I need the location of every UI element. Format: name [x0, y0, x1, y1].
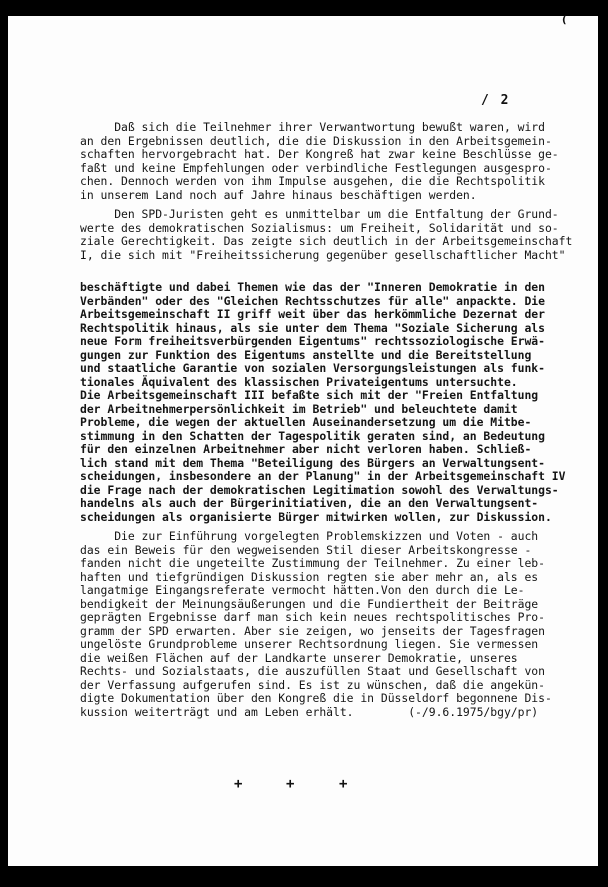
- corner-mark: (: [562, 15, 567, 26]
- text-line: der Verfassung aufgerufen sind. Es ist z…: [80, 679, 560, 693]
- text-line: und staatliche Garantie von sozialen Ver…: [80, 362, 560, 376]
- text-line: I, die sich mit "Freiheitssicherung gege…: [80, 249, 560, 263]
- text-line: langatmige Eingangsreferate vermocht hät…: [80, 584, 560, 598]
- text-line: das ein Beweis für den wegweisenden Stil…: [80, 544, 560, 558]
- text-line: lich stand mit dem Thema "Beteiligung de…: [80, 457, 560, 471]
- text-line: Verbänden" oder des "Gleichen Rechtsschu…: [80, 295, 560, 309]
- text-line: scheidungen, insbesondere an der Planung…: [80, 470, 560, 484]
- text-line: fanden nicht die ungeteilte Zustimmung d…: [80, 557, 560, 571]
- text-line: stimmung in den Schatten der Tagespoliti…: [80, 430, 560, 444]
- text-line: Probleme, die wegen der aktuellen Ausein…: [80, 416, 560, 430]
- text-line: die weißen Flächen auf der Landkarte uns…: [80, 652, 560, 666]
- text-line: bendigkeit der Meinungsäußerungen und di…: [80, 598, 560, 612]
- page-number: / 2: [481, 93, 510, 108]
- text-line: die Frage nach der demokratischen Legiti…: [80, 484, 560, 498]
- text-line: geprägten Ergebnisse darf man sich kein …: [80, 611, 560, 625]
- end-marks: + + +: [0, 776, 608, 792]
- paragraph-3: beschäftigte und dabei Themen wie das de…: [80, 281, 560, 524]
- text-line: schaften hervorgebracht hat. Der Kongreß…: [80, 148, 560, 162]
- text-line: der Arbeitnehmerpersönlichkeit im Betrie…: [80, 403, 560, 417]
- end-mark: +: [339, 776, 347, 792]
- text-line: faßt und keine Empfehlungen oder verbind…: [80, 162, 560, 176]
- text-line: für den einzelnen Arbeitnehmer aber nich…: [80, 443, 560, 457]
- text-line: werte des demokratischen Sozialismus: um…: [80, 222, 560, 236]
- text-line: Rechtspolitik hinaus, als sie unter dem …: [80, 322, 560, 336]
- text-line: Die zur Einführung vorgelegten Problemsk…: [80, 530, 560, 544]
- text-line: an den Ergebnissen deutlich, die die Dis…: [80, 135, 560, 149]
- paragraph-1: Daß sich die Teilnehmer ihrer Verwantwor…: [80, 121, 560, 202]
- text-line: gungen zur Funktion des Eigentums anstel…: [80, 349, 560, 363]
- text-line: Rechts- und Sozialstaats, die auszufülle…: [80, 665, 560, 679]
- text-line: in unserem Land noch auf Jahre hinaus be…: [80, 189, 560, 203]
- text-line: Den SPD-Juristen geht es unmittelbar um …: [80, 208, 560, 222]
- text-line: haften und tiefgründigen Diskussion regt…: [80, 571, 560, 585]
- text-line: Die Arbeitsgemeinschaft III befaßte sich…: [80, 389, 560, 403]
- text-line: Daß sich die Teilnehmer ihrer Verwantwor…: [80, 121, 560, 135]
- text-line: handelns als auch der Bürgerinitiativen,…: [80, 497, 560, 511]
- text-line: neue Form freiheitsverbürgenden Eigentum…: [80, 335, 560, 349]
- text-line: scheidungen als organisierte Bürger mitw…: [80, 511, 560, 525]
- text-line: gramm der SPD erwarten. Aber sie zeigen,…: [80, 625, 560, 639]
- text-line: kussion weiterträgt und am Leben erhält.…: [80, 706, 560, 720]
- text-line: chen. Dennoch werden von ihm Impulse aus…: [80, 175, 560, 189]
- paragraph-4: Die zur Einführung vorgelegten Problemsk…: [80, 530, 560, 719]
- end-mark: +: [286, 776, 294, 792]
- end-mark: +: [234, 776, 242, 792]
- text-line: Arbeitsgemeinschaft II griff weit über d…: [80, 308, 560, 322]
- text-line: ungelöste Grundprobleme unserer Rechtsor…: [80, 638, 560, 652]
- text-line: ziale Gerechtigkeit. Das zeigte sich deu…: [80, 235, 560, 249]
- text-line: digte Dokumentation über den Kongreß die…: [80, 692, 560, 706]
- paragraph-2: Den SPD-Juristen geht es unmittelbar um …: [80, 208, 560, 262]
- text-line: tionales Äquivalent des klassischen Priv…: [80, 376, 560, 390]
- text-line: beschäftigte und dabei Themen wie das de…: [80, 281, 560, 295]
